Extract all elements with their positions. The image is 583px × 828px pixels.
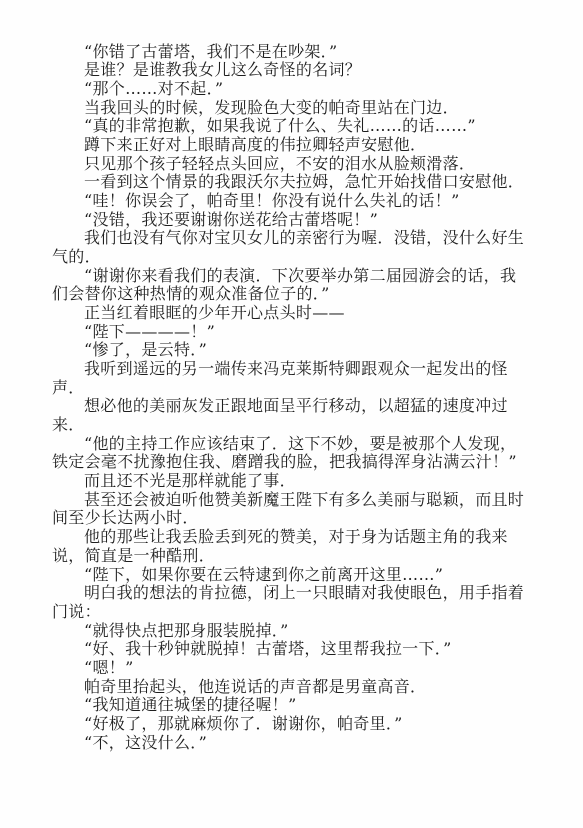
text-line: 想必他的美丽灰发正跟地面呈平行移动，以超猛的速度冲过 <box>52 397 542 416</box>
text-line: 我们也没有气你对宝贝女儿的亲密行为喔．没错，没什么好生 <box>52 229 542 248</box>
text-line: 说，简直是一种酷刑． <box>52 547 542 566</box>
paragraph: “好极了，那就麻烦你了．谢谢你，帕奇里．” <box>52 715 542 734</box>
paragraph: 是谁？是谁教我女儿这么奇怪的名词？ <box>52 61 542 80</box>
paragraph: 我听到遥远的另一端传来冯克莱斯特卿跟观众一起发出的怪 声． <box>52 360 542 397</box>
paragraph: “嗯！” <box>52 659 542 678</box>
paragraph: 想必他的美丽灰发正跟地面呈平行移动，以超猛的速度冲过 来． <box>52 397 542 434</box>
text-line: “陛下————！” <box>52 323 542 342</box>
paragraph: “就得快点把那身服装脱掉．” <box>52 622 542 641</box>
paragraph: “陛下————！” <box>52 323 542 342</box>
paragraph: 只见那个孩子轻轻点头回应，不安的泪水从脸颊滑落． <box>52 155 542 174</box>
paragraph: “我知道通往城堡的捷径喔！” <box>52 696 542 715</box>
paragraph: “真的非常抱歉，如果我说了什么、失礼……的话……” <box>52 117 542 136</box>
paragraph: “谢谢你来看我们的表演．下次要举办第二届园游会的话，我 们会替你这种热情的观众准… <box>52 267 542 304</box>
paragraph: 一看到这个情景的我跟沃尔夫拉姆，急忙开始找借口安慰他． <box>52 173 542 192</box>
paragraph: “哇！你误会了，帕奇里！你没有说什么失礼的话！” <box>52 192 542 211</box>
text-line: 气的． <box>52 248 542 267</box>
paragraph: 他的那些让我丢脸丢到死的赞美，对于身为话题主角的我来 说，简直是一种酷刑． <box>52 528 542 565</box>
text-line: 一看到这个情景的我跟沃尔夫拉姆，急忙开始找借口安慰他． <box>52 173 542 192</box>
paragraph: 正当红着眼眶的少年开心点头时—— <box>52 304 542 323</box>
text-line: 他的那些让我丢脸丢到死的赞美，对于身为话题主角的我来 <box>52 528 542 547</box>
text-line: “不，这没什么．” <box>52 734 542 753</box>
text-line: 明白我的想法的肯拉德，闭上一只眼睛对我使眼色，用手指着 <box>52 584 542 603</box>
paragraph: “惨了，是云特．” <box>52 341 542 360</box>
text-line: 帕奇里抬起头，他连说话的声音都是男童高音． <box>52 678 542 697</box>
text-line: “惨了，是云特．” <box>52 341 542 360</box>
text-line: 蹲下来正好对上眼睛高度的伟拉卿轻声安慰他． <box>52 136 542 155</box>
text-line: “真的非常抱歉，如果我说了什么、失礼……的话……” <box>52 117 542 136</box>
text-line: 甚至还会被迫听他赞美新魔王陛下有多么美丽与聪颖，而且时 <box>52 491 542 510</box>
text-line: “哇！你误会了，帕奇里！你没有说什么失礼的话！” <box>52 192 542 211</box>
text-line: “嗯！” <box>52 659 542 678</box>
paragraph: “陛下，如果你要在云特逮到你之前离开这里……” <box>52 566 542 585</box>
text-line: 只见那个孩子轻轻点头回应，不安的泪水从脸颊滑落． <box>52 155 542 174</box>
text-line: “就得快点把那身服装脱掉．” <box>52 622 542 641</box>
text-line: 是谁？是谁教我女儿这么奇怪的名词？ <box>52 61 542 80</box>
text-line: 声． <box>52 379 542 398</box>
paragraph: “你错了古蕾塔，我们不是在吵架．” <box>52 43 542 62</box>
paragraph: “那个……对不起．” <box>52 80 542 99</box>
paragraph: 明白我的想法的肯拉德，闭上一只眼睛对我使眼色，用手指着 门说： <box>52 584 542 621</box>
text-line: “那个……对不起．” <box>52 80 542 99</box>
document-page: “你错了古蕾塔，我们不是在吵架．” 是谁？是谁教我女儿这么奇怪的名词？ “那个…… <box>0 0 583 828</box>
paragraph: 而且还不光是那样就能了事． <box>52 472 542 491</box>
text-line: “谢谢你来看我们的表演．下次要举办第二届园游会的话，我 <box>52 267 542 286</box>
text-line: “好、我十秒钟就脱掉！古蕾塔，这里帮我拉一下．” <box>52 640 542 659</box>
paragraph: 当我回头的时候，发现脸色大变的帕奇里站在门边． <box>52 99 542 118</box>
text-line: 来． <box>52 416 542 435</box>
paragraph: “不，这没什么．” <box>52 734 542 753</box>
text-line: 正当红着眼眶的少年开心点头时—— <box>52 304 542 323</box>
paragraph: 帕奇里抬起头，他连说话的声音都是男童高音． <box>52 678 542 697</box>
text-line: “没错，我还要谢谢你送花给古蕾塔呢！” <box>52 211 542 230</box>
text-line: “他的主持工作应该结束了．这下不妙，要是被那个人发现， <box>52 435 542 454</box>
text-line: “好极了，那就麻烦你了．谢谢你，帕奇里．” <box>52 715 542 734</box>
paragraph: “没错，我还要谢谢你送花给古蕾塔呢！” <box>52 211 542 230</box>
text-line: “我知道通往城堡的捷径喔！” <box>52 696 542 715</box>
text-line: “你错了古蕾塔，我们不是在吵架．” <box>52 43 542 62</box>
text-line: 们会替你这种热情的观众准备位子的．” <box>52 285 542 304</box>
text-line: “陛下，如果你要在云特逮到你之前离开这里……” <box>52 566 542 585</box>
paragraph: 蹲下来正好对上眼睛高度的伟拉卿轻声安慰他． <box>52 136 542 155</box>
text-line: 铁定会毫不扰豫抱住我、磨蹭我的脸，把我搞得浑身沾满云汁！” <box>52 453 542 472</box>
text-line: 而且还不光是那样就能了事． <box>52 472 542 491</box>
text-line: 间至少长达两小时． <box>52 509 542 528</box>
text-line: 当我回头的时候，发现脸色大变的帕奇里站在门边． <box>52 99 542 118</box>
paragraph: 甚至还会被迫听他赞美新魔王陛下有多么美丽与聪颖，而且时 间至少长达两小时． <box>52 491 542 528</box>
body-text: “你错了古蕾塔，我们不是在吵架．” 是谁？是谁教我女儿这么奇怪的名词？ “那个…… <box>52 43 542 753</box>
text-line: 门说： <box>52 603 542 622</box>
paragraph: “好、我十秒钟就脱掉！古蕾塔，这里帮我拉一下．” <box>52 640 542 659</box>
paragraph: “他的主持工作应该结束了．这下不妙，要是被那个人发现， 铁定会毫不扰豫抱住我、磨… <box>52 435 542 472</box>
text-line: 我听到遥远的另一端传来冯克莱斯特卿跟观众一起发出的怪 <box>52 360 542 379</box>
paragraph: 我们也没有气你对宝贝女儿的亲密行为喔．没错，没什么好生 气的． <box>52 229 542 266</box>
